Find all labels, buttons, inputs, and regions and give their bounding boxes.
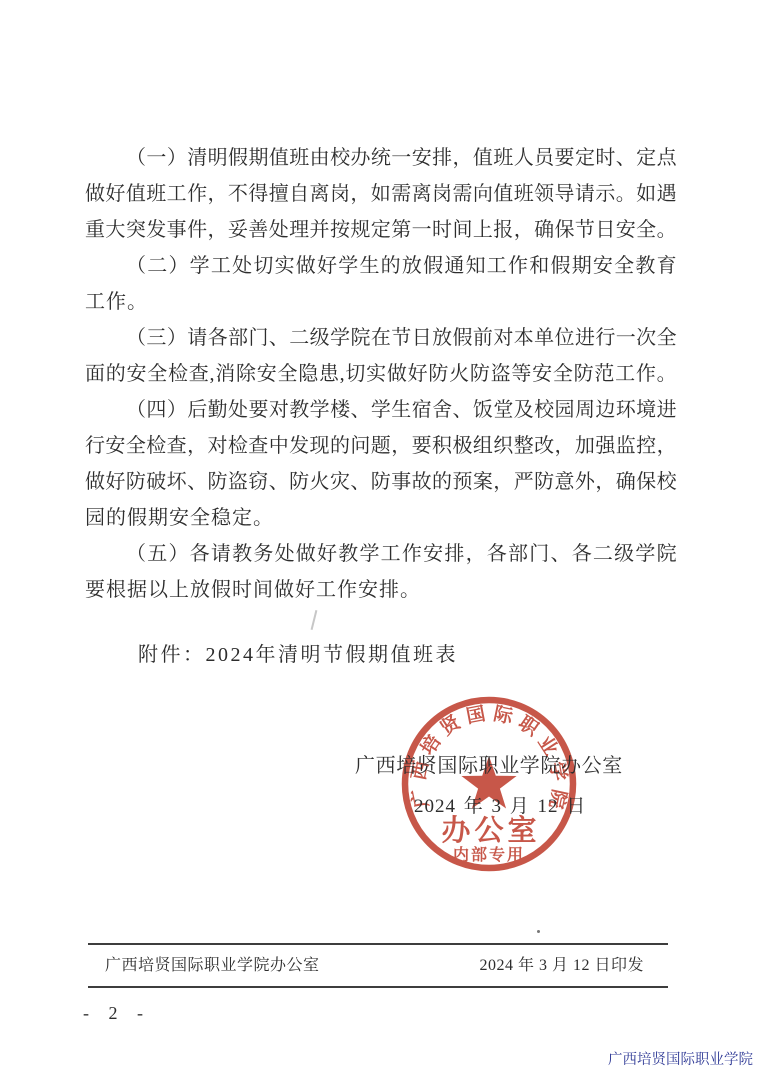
body-line: （三）请各部门、二级学院在节日放假前对本单位进行一次全 [85,320,677,356]
body-line: 行安全检查，对检查中发现的问题，要积极组织整改，加强监控， [85,428,677,464]
stamp-office-text: 办公室 [441,814,540,847]
body-line: 园的假期安全稳定。 [85,500,677,536]
footer-rule-bottom [88,986,668,988]
signature-date: 2024 年 3 月 12 日 [414,791,586,818]
body-line: 要根据以上放假时间做好工作安排。 [85,572,677,608]
body-line: （一）清明假期值班由校办统一安排，值班人员要定时、定点 [85,140,677,176]
body-line: 做好值班工作，不得擅自离岗，如需离岗需向值班领导请示。如遇 [85,176,677,212]
signature-office: 广西培贤国际职业学院办公室 [355,749,623,778]
page-number: - 2 - [83,1003,148,1024]
footer-office: 广西培贤国际职业学院办公室 [105,955,320,977]
footer-print-date: 2024 年 3 月 12 日印发 [479,955,644,977]
footer-rule-top [88,943,668,945]
scan-artifact-dot [537,930,540,933]
body-line: （五）各请教务处做好教学工作安排，各部门、各二级学院 [85,536,677,572]
body-text: （一）清明假期值班由校办统一安排，值班人员要定时、定点 做好值班工作，不得擅自离… [85,140,677,673]
body-line: 面的安全检查,消除安全隐患,切实做好防火防盗等安全防范工作。 [85,356,677,392]
body-line: 工作。 [85,284,677,320]
body-line: 做好防破坏、防盗窃、防火灾、防事故的预案，严防意外，确保校 [85,464,677,500]
body-line: （四）后勤处要对教学楼、学生宿舍、饭堂及校园周边环境进 [85,392,677,428]
body-line: 重大突发事件，妥善处理并按规定第一时间上报，确保节日安全。 [85,212,677,248]
footer-row: 广西培贤国际职业学院办公室 2024 年 3 月 12 日印发 [88,955,668,977]
watermark-text: 广西培贤国际职业学院 [608,1048,753,1069]
document-page: （一）清明假期值班由校办统一安排，值班人员要定时、定点 做好值班工作，不得擅自离… [0,0,764,1080]
body-line: （二）学工处切实做好学生的放假通知工作和假期安全教育 [85,248,677,284]
official-seal-stamp: 广西培贤国际职业学院 办公室 内部专用 [399,694,579,874]
stamp-internal-use-text: 内部专用 [453,845,525,864]
attachment-line: 附件：2024年清明节假期值班表 [85,637,677,673]
